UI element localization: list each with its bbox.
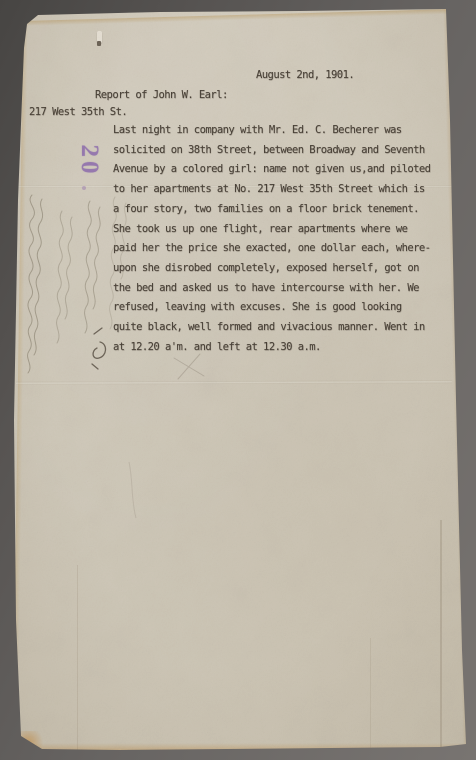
paper-edge-right (443, 9, 470, 747)
stamp-ink-speck (82, 186, 86, 190)
paper-edge-top (24, 9, 448, 26)
fold-crease-lower (16, 380, 452, 385)
purple-number-stamp: 20 (76, 142, 102, 180)
fold-crease-vertical-right (440, 520, 442, 748)
scanned-document-view: August 2nd, 1901. Report of John W. Earl… (0, 0, 476, 760)
paper-hole-speck (97, 41, 101, 46)
typed-address-line: 217 West 35th St. (29, 103, 127, 123)
corner-stain (16, 731, 46, 750)
fold-crease-vertical-left (77, 565, 78, 750)
typed-body-text: Last night in company with Mr. Ed. C. Be… (113, 121, 430, 357)
pencil-flourish (88, 326, 112, 372)
fold-crease-vertical-center (370, 638, 371, 750)
pencil-scratch (125, 460, 141, 520)
paper-sheet: August 2nd, 1901. Report of John W. Earl… (0, 0, 476, 760)
paper-edge-bottom (20, 743, 466, 750)
typed-date: August 2nd, 1901. (256, 66, 354, 86)
